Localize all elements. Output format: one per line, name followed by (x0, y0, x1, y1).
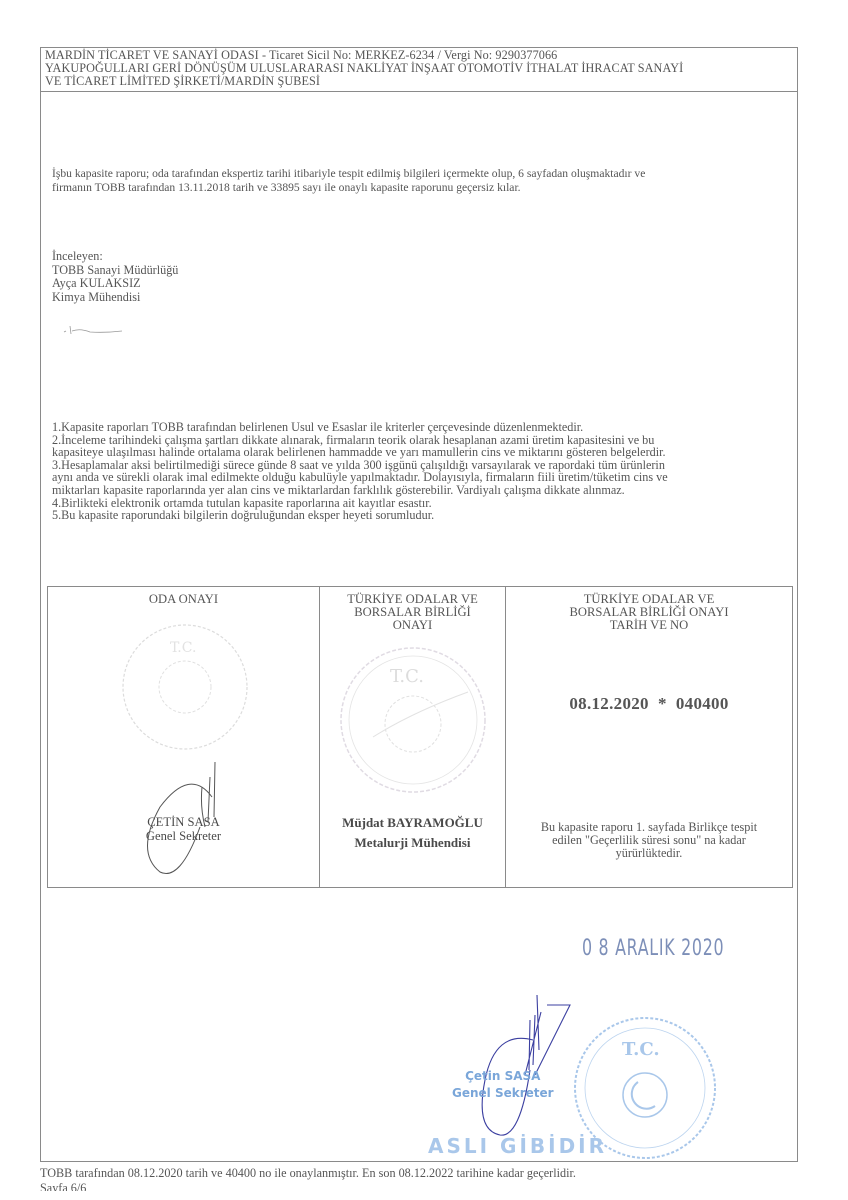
note-line: 1.Kapasite raporları TOBB tarafından bel… (52, 421, 792, 434)
validity-line-3: yürürlüktedir. (516, 847, 782, 860)
svg-text:T.C.: T.C. (170, 640, 196, 656)
true-copy-stamp: ASLI GİBİDİR (428, 1134, 607, 1158)
tobb-approval-cell: TÜRKİYE ODALAR VE BORSALAR BİRLİĞİ ONAYI… (320, 587, 506, 887)
intro-paragraph: İşbu kapasite raporu; oda tarafından eks… (52, 167, 792, 194)
copy-signature-icon (475, 990, 585, 1140)
copy-signer: Çetin SASA Genel Sekreter (452, 1068, 554, 1102)
date-number-title: TÜRKİYE ODALAR VE BORSALAR BİRLİĞİ ONAYI… (506, 593, 792, 632)
svg-text:T.C.: T.C. (390, 666, 424, 687)
approval-date-and-number: 08.12.2020 * 040400 (506, 694, 792, 714)
note-line: 5.Bu kapasite raporundaki bilgilerin doğ… (52, 509, 792, 522)
oda-approval-cell: ODA ONAYI T.C. ÇETİN SASA Genel Sekreter (48, 587, 320, 887)
approval-table: ODA ONAYI T.C. ÇETİN SASA Genel Sekreter… (47, 586, 793, 888)
copy-signer-name: Çetin SASA (452, 1068, 554, 1085)
reviewer-unit: TOBB Sanayi Müdürlüğü (52, 264, 178, 278)
page-number: Sayfa 6/6 (40, 1181, 86, 1191)
tobb-approval-title: TÜRKİYE ODALAR VE BORSALAR BİRLİĞİ ONAYI (320, 593, 505, 632)
oda-signer: ÇETİN SASA Genel Sekreter (48, 815, 319, 843)
reviewer-block: İnceleyen: TOBB Sanayi Müdürlüğü Ayça KU… (52, 250, 178, 304)
tobb-title-line-3: ONAYI (320, 619, 505, 632)
reviewer-label: İnceleyen: (52, 250, 178, 264)
validity-note: Bu kapasite raporu 1. sayfada Birlikçe t… (516, 821, 782, 860)
note-line: miktarları kapasite raporlarında yer ala… (52, 484, 792, 497)
header-company-line-2: VE TİCARET LİMİTED ŞİRKETİ/MARDİN ŞUBESİ (45, 75, 797, 88)
notes-list: 1.Kapasite raporları TOBB tarafından bel… (52, 421, 792, 522)
tobb-signer: Müjdat BAYRAMOĞLU Metalurji Mühendisi (320, 813, 505, 853)
tobb-signer-name: Müjdat BAYRAMOĞLU (320, 813, 505, 833)
oda-signer-name: ÇETİN SASA (48, 815, 319, 829)
document-header: MARDİN TİCARET VE SANAYİ ODASI - Ticaret… (41, 48, 797, 92)
oda-approval-title: ODA ONAYI (48, 593, 319, 606)
intro-line-1: İşbu kapasite raporu; oda tarafından eks… (52, 167, 792, 181)
date-number-title-line-3: TARİH VE NO (506, 619, 792, 632)
svg-text:T.C.: T.C. (622, 1039, 660, 1060)
oda-seal-icon: T.C. (110, 617, 260, 757)
reviewer-signature-icon (60, 322, 140, 336)
tobb-signer-title: Metalurji Mühendisi (320, 833, 505, 853)
intro-line-2: firmanın TOBB tarafından 13.11.2018 tari… (52, 181, 792, 195)
approval-date-number-cell: TÜRKİYE ODALAR VE BORSALAR BİRLİĞİ ONAYI… (506, 587, 792, 887)
footer-approval-line: TOBB tarafından 08.12.2020 tarih ve 4040… (40, 1166, 576, 1180)
oda-signer-title: Genel Sekreter (48, 829, 319, 843)
tobb-seal-icon: T.C. (338, 642, 488, 802)
received-date-stamp: 0 8 ARALIK 2020 (582, 936, 724, 961)
note-line: kapasiteye ulaşılması halinde ortalama o… (52, 446, 792, 459)
copy-signer-title: Genel Sekreter (452, 1085, 554, 1102)
reviewer-name: Ayça KULAKSIZ (52, 277, 178, 291)
reviewer-title: Kimya Mühendisi (52, 291, 178, 305)
